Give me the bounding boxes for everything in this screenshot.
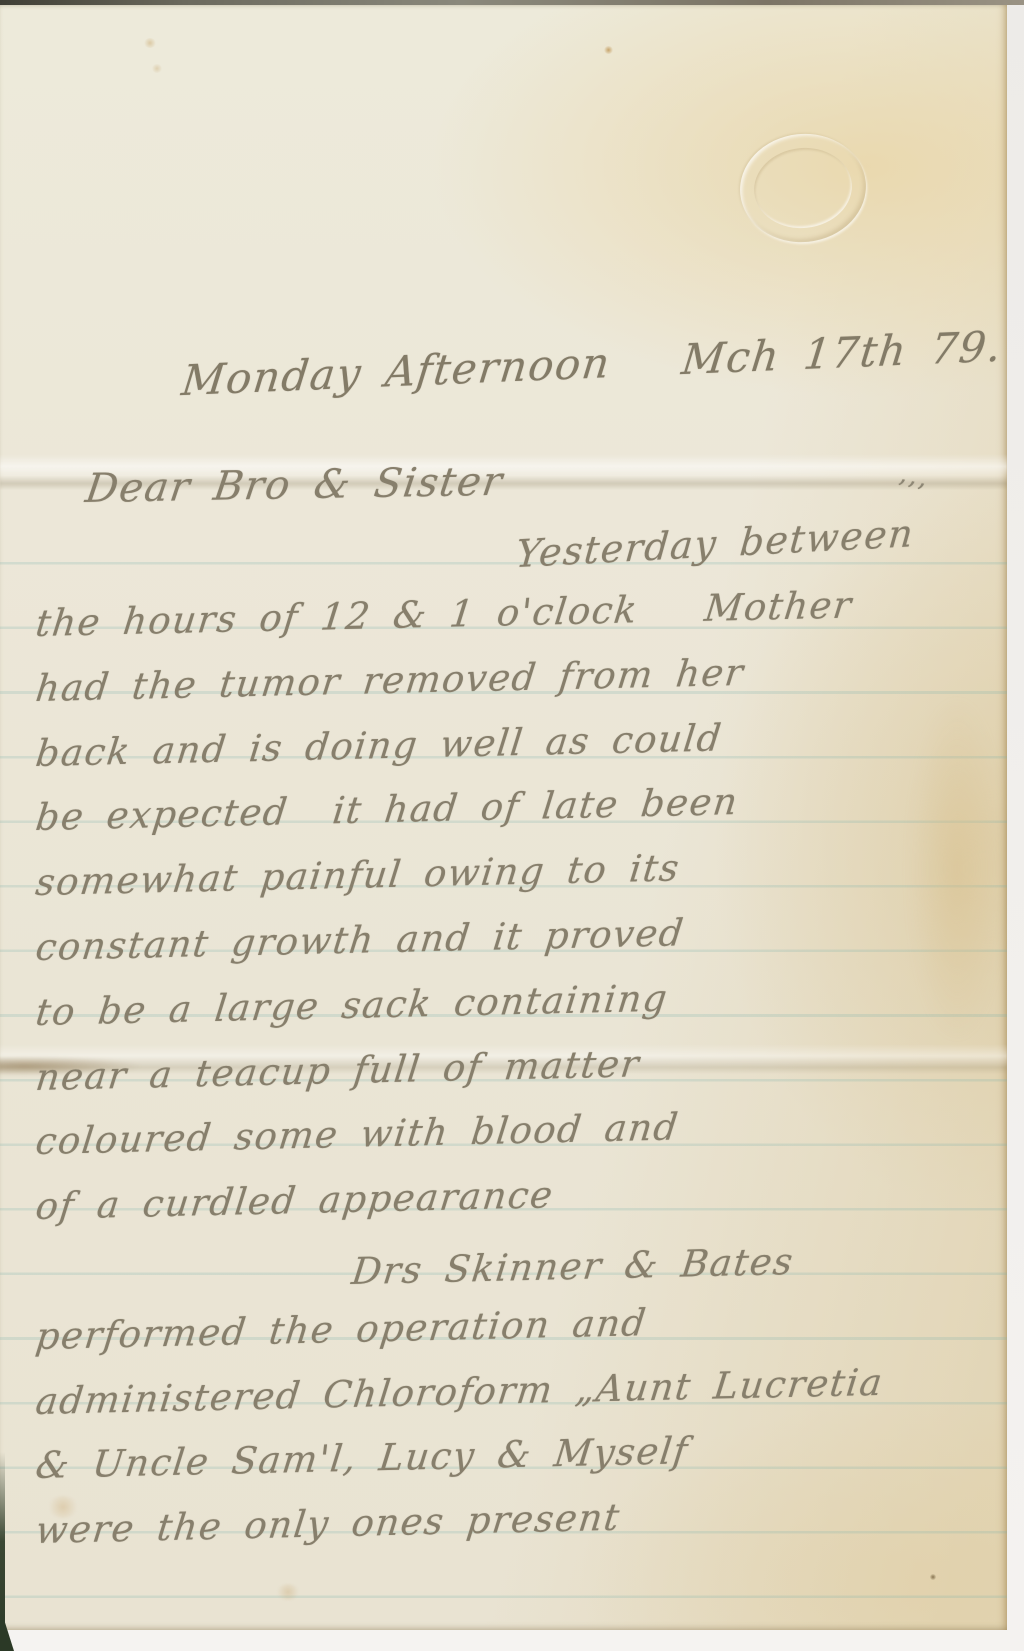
embossed-seal-inner-ring [750, 143, 856, 233]
margin-pencil-marks: ’’’ [893, 474, 928, 509]
letter-line: administered Chloroform „Aunt Lucretia [33, 1360, 885, 1422]
letter-dateline: Monday Afternoon Mch 17th 79. [179, 321, 1005, 405]
scanner-background-bottom [0, 1630, 1010, 1651]
letter-line: near a teacup full of matter [33, 1042, 642, 1099]
letter-line: be expected it had of late been [33, 780, 741, 839]
letter-line: somewhat painful owing to its [33, 847, 682, 905]
scan-top-edge [0, 0, 1024, 5]
scanner-background-right [1007, 0, 1024, 1651]
foxing-stain [604, 46, 613, 54]
letter-opening-line: Yesterday between [514, 511, 916, 576]
scanned-letter-page: Monday Afternoon Mch 17th 79. Dear Bro &… [0, 0, 1024, 1651]
letter-line: constant growth and it proved [33, 911, 686, 969]
letter-line: back and is doing well as could [33, 716, 724, 775]
letter-line: performed the operation and [33, 1301, 649, 1358]
foxing-stain [912, 704, 1002, 1034]
letter-line: to be a large sack containing [33, 976, 670, 1033]
letter-line: Drs Skinner & Bates [349, 1240, 796, 1293]
embossed-seal-icon [735, 128, 872, 249]
letter-line: of a curdled appearance [33, 1173, 556, 1228]
letter-line: were the only ones present [33, 1496, 622, 1552]
foxing-stain [930, 1574, 936, 1580]
foxing-stain [152, 64, 162, 73]
letter-line: coloured some with blood and [33, 1106, 681, 1164]
foxing-stain [276, 1584, 300, 1600]
letter-salutation: Dear Bro & Sister [83, 459, 507, 512]
letter-line: & Uncle Sam'l, Lucy & Myself [33, 1430, 691, 1488]
letter-line: had the tumor removed from her [33, 651, 746, 710]
foxing-stain [144, 38, 156, 48]
letter-line: the hours of 12 & 1 o'clock Mother [33, 583, 854, 645]
letter-paper: Monday Afternoon Mch 17th 79. Dear Bro &… [0, 4, 1007, 1630]
